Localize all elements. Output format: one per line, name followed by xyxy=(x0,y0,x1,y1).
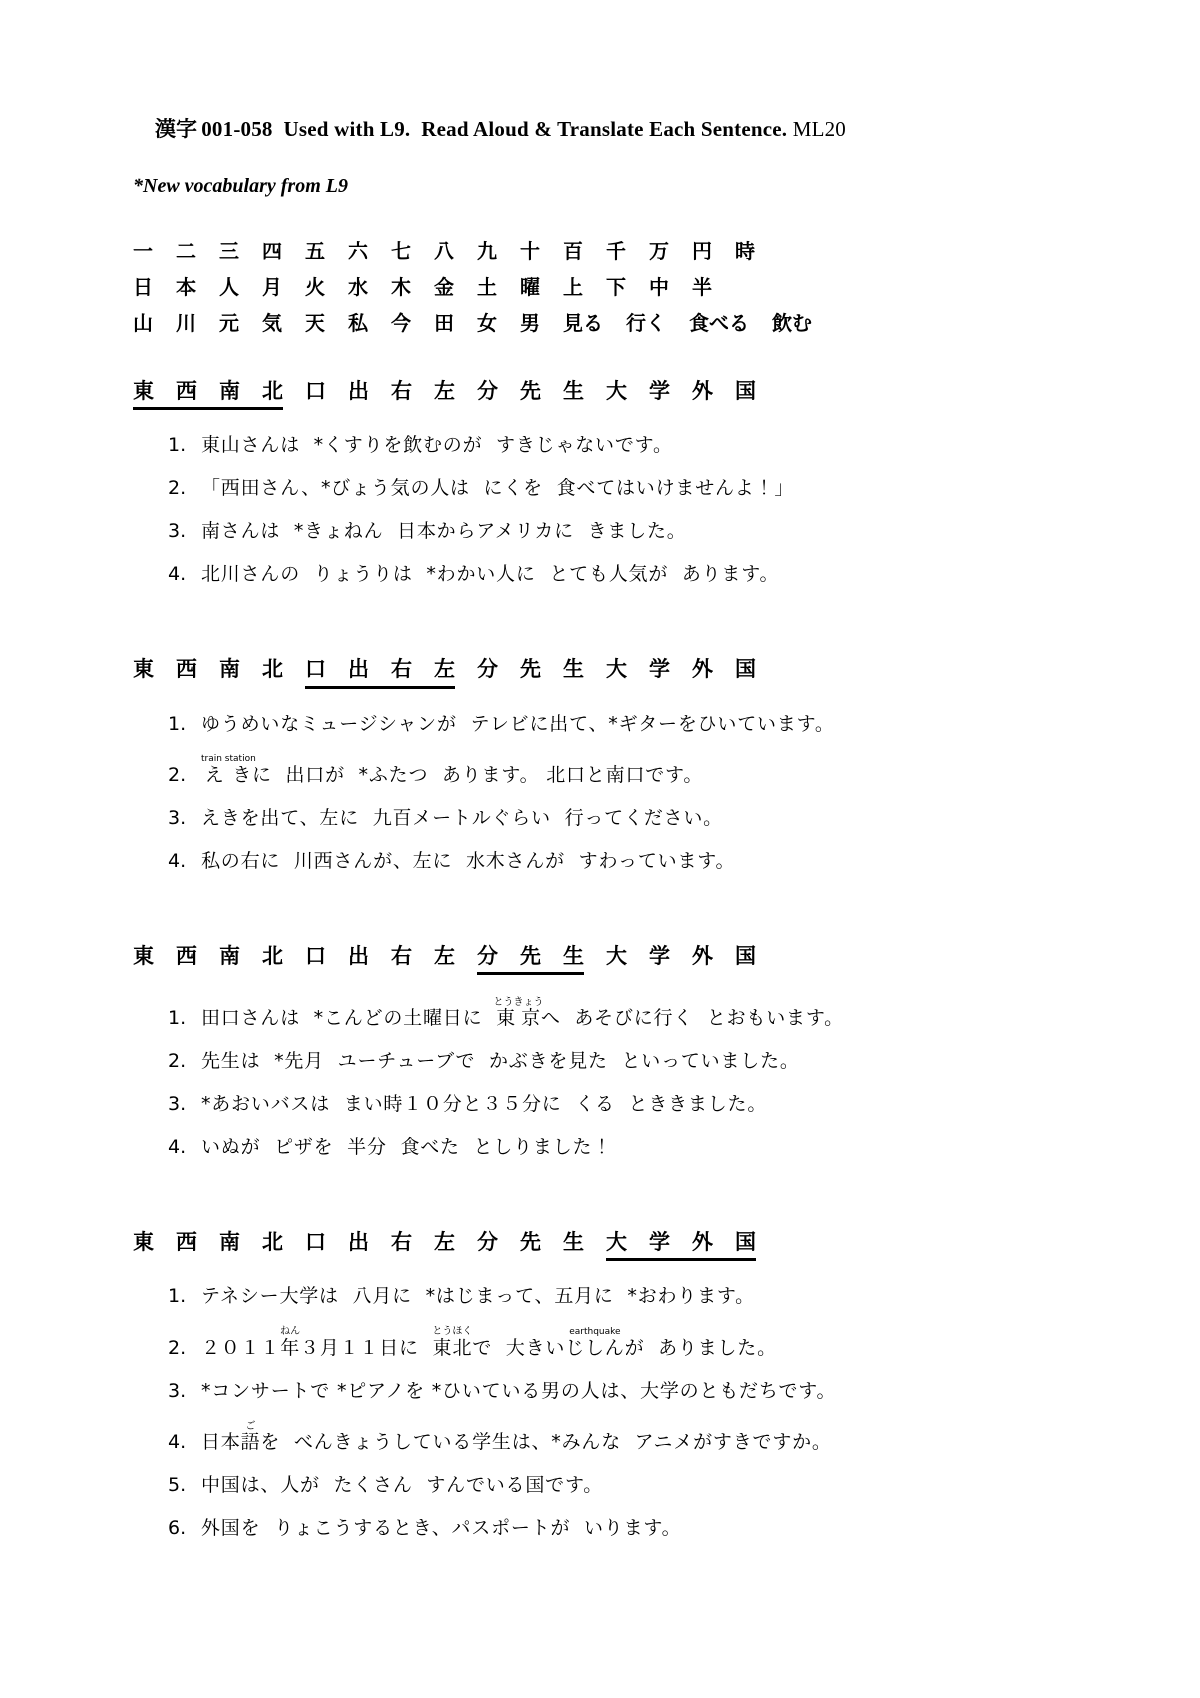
header-kanji: 先 xyxy=(520,656,541,688)
vocab-kanji: 九 xyxy=(477,238,497,264)
vocab-kanji: 天 xyxy=(305,310,325,336)
text-segment: ゆうめいなミュージシャンが テレビに出て、*ギターをひいています。 xyxy=(201,713,835,735)
header-kanji: 生 xyxy=(563,656,584,688)
text-segment: 外国を りょこうするとき、パスポートが いります。 xyxy=(201,1517,681,1539)
header-kanji: 国 xyxy=(735,1229,756,1256)
sentence-text: 東山さんは *くすりを飲むのが すきじゃないです。 xyxy=(201,434,673,456)
vocab-kanji: 六 xyxy=(348,238,368,264)
vocab-kanji: 千 xyxy=(606,238,626,264)
vocab-kanji: 水 xyxy=(348,274,368,300)
sentence: 1.東山さんは *くすりを飲むのが すきじゃないです。 xyxy=(168,432,1120,459)
sentence-list: 1.テネシー大学は 八月に *はじまって、五月に *おわります。2.２０１１年ね… xyxy=(133,1283,1120,1542)
sentence-text: いぬが ピザを 半分 食べた としりました！ xyxy=(201,1136,612,1158)
header-kanji: 西 xyxy=(176,1229,197,1261)
vocab-kanji: 三 xyxy=(219,238,239,264)
sentence-list: 1.田口さんは *こんどの土曜日に 東京とうきょうへ あそびに行く とおもいます… xyxy=(133,997,1120,1161)
sentence: 4.いぬが ピザを 半分 食べた としりました！ xyxy=(168,1134,1120,1161)
sentence-text: 南さんは *きょねん 日本からアメリカに きました。 xyxy=(201,520,687,542)
title-code: ML20 xyxy=(787,117,846,141)
text-segment: 私の右に 川西さんが、左に 水木さんが すわっています。 xyxy=(201,850,735,872)
header-kanji: 出 xyxy=(348,943,369,975)
sentence-number: 2. xyxy=(168,475,201,502)
text-segment: *コンサートで *ピアノを *ひいている男の人は、大学のともだちです。 xyxy=(201,1380,836,1402)
header-kanji: 生 xyxy=(563,1229,584,1261)
header-kanji: 口 xyxy=(305,378,326,410)
header-kanji: 右 xyxy=(391,656,412,683)
header-kanji: 分 xyxy=(477,378,498,410)
sentence-list: 1.ゆうめいなミュージシャンが テレビに出て、*ギターをひいています。2.えきt… xyxy=(133,711,1120,875)
vocab-kanji: 川 xyxy=(176,310,196,336)
header-kanji: 出 xyxy=(348,1229,369,1261)
vocab-kanji: 火 xyxy=(305,274,325,300)
text-segment: 北川さんの りょうりは *わかい人に とても人気が あります。 xyxy=(201,563,779,585)
header-kanji: 生 xyxy=(563,943,584,970)
header-kanji: 北 xyxy=(262,943,283,975)
sentence-number: 2. xyxy=(168,1335,201,1362)
sentence: 4.日本語ごを べんきょうしている学生は、*みんな アニメがすきですか。 xyxy=(168,1421,1120,1456)
subtitle-new-vocab-note: *New vocabulary from L9 xyxy=(133,175,1120,198)
vocab-kanji: 円 xyxy=(692,238,712,264)
sentence: 3.*あおいバスは まい時１０分と３５分に くる とききました。 xyxy=(168,1091,1120,1118)
vocab-kanji: 土 xyxy=(477,274,497,300)
section-3: 東西南北口出右左分先生大学外国1.田口さんは *こんどの土曜日に 東京とうきょう… xyxy=(133,943,1120,1161)
text-segment: *あおいバスは まい時１０分と３５分に くる とききました。 xyxy=(201,1093,767,1115)
header-kanji: 学 xyxy=(649,1229,670,1256)
header-kanji: 大 xyxy=(606,943,627,975)
text-segment: ３月１１日に xyxy=(300,1337,432,1359)
header-kanji: 分 xyxy=(477,656,498,688)
underlined-kanji-group: 口出右左 xyxy=(305,656,455,688)
header-kanji: 東 xyxy=(133,656,154,688)
text-segment: へ あそびに行く とおもいます。 xyxy=(541,1007,844,1029)
vocab-kanji: 行く xyxy=(626,310,666,336)
header-kanji: 大 xyxy=(606,656,627,688)
sentence-number: 4. xyxy=(168,561,201,588)
sentence-text: テネシー大学は 八月に *はじまって、五月に *おわります。 xyxy=(201,1285,755,1307)
exercise-sections: 東西南北口出右左分先生大学外国1.東山さんは *くすりを飲むのが すきじゃないで… xyxy=(133,378,1120,1542)
header-kanji: 左 xyxy=(434,378,455,410)
ruby-annotated-text: 語ご xyxy=(241,1431,261,1453)
vocab-kanji: 元 xyxy=(219,310,239,336)
ruby-annotated-text: えきtrain station xyxy=(201,764,252,786)
sentence-number: 1. xyxy=(168,711,201,738)
vocab-kanji: 田 xyxy=(434,310,454,336)
vocab-kanji: 下 xyxy=(606,274,626,300)
sentence-text: *コンサートで *ピアノを *ひいている男の人は、大学のともだちです。 xyxy=(201,1380,836,1402)
header-kanji: 右 xyxy=(391,1229,412,1261)
header-kanji: 西 xyxy=(176,378,197,405)
sentence: 3.*コンサートで *ピアノを *ひいている男の人は、大学のともだちです。 xyxy=(168,1378,1120,1405)
text-segment: 東山さんは *くすりを飲むのが すきじゃないです。 xyxy=(201,434,673,456)
header-kanji: 口 xyxy=(305,943,326,975)
sentence-text: ゆうめいなミュージシャンが テレビに出て、*ギターをひいています。 xyxy=(201,713,835,735)
section-2: 東西南北口出右左分先生大学外国1.ゆうめいなミュージシャンが テレビに出て、*ギ… xyxy=(133,656,1120,874)
header-kanji: 左 xyxy=(434,943,455,975)
vocab-kanji: 中 xyxy=(649,274,669,300)
header-kanji: 分 xyxy=(477,943,498,970)
sentence-number: 3. xyxy=(168,805,201,832)
kanji-group: 分先生大学外国 xyxy=(477,656,756,688)
sentence-number: 3. xyxy=(168,1378,201,1405)
header-kanji: 口 xyxy=(305,1229,326,1261)
page-title: 漢字001-058 Used with L9. Read Aloud & Tra… xyxy=(133,88,1120,168)
sentence-number: 4. xyxy=(168,1134,201,1161)
kanji-group: 東西南北口出右左分先生 xyxy=(133,1229,584,1261)
header-kanji: 左 xyxy=(434,656,455,683)
sentence-text: 外国を りょこうするとき、パスポートが いります。 xyxy=(201,1517,681,1539)
header-kanji: 出 xyxy=(348,378,369,410)
header-kanji: 西 xyxy=(176,943,197,975)
vocab-row: 日本人月火水木金土曜上下中半 xyxy=(133,274,1120,300)
sentence-text: 私の右に 川西さんが、左に 水木さんが すわっています。 xyxy=(201,850,735,872)
vocab-kanji: 時 xyxy=(735,238,755,264)
worksheet-page: 漢字001-058 Used with L9. Read Aloud & Tra… xyxy=(0,0,1200,1698)
header-kanji: 先 xyxy=(520,378,541,410)
header-kanji: 左 xyxy=(434,1229,455,1261)
vocab-kanji: 上 xyxy=(563,274,583,300)
vocab-kanji-rows: 一二三四五六七八九十百千万円時日本人月火水木金土曜上下中半山川元気天私今田女男見… xyxy=(133,238,1120,336)
sentence-text: 日本語ごを べんきょうしている学生は、*みんな アニメがすきですか。 xyxy=(201,1431,832,1453)
sentence-number: 4. xyxy=(168,1429,201,1456)
vocab-row: 山川元気天私今田女男見る行く食べる飲む xyxy=(133,310,1120,336)
sentence-number: 6. xyxy=(168,1515,201,1542)
header-kanji: 国 xyxy=(735,378,756,410)
header-kanji: 西 xyxy=(176,656,197,688)
text-segment: 中国は、人が たくさん すんでいる国です。 xyxy=(201,1474,603,1496)
header-kanji: 外 xyxy=(692,378,713,410)
vocab-row: 一二三四五六七八九十百千万円時 xyxy=(133,238,1120,264)
sentence-text: 先生は *先月 ユーチューブで かぶきを見た といっていました。 xyxy=(201,1050,800,1072)
text-segment: 南さんは *きょねん 日本からアメリカに きました。 xyxy=(201,520,687,542)
kanji-header-row: 東西南北口出右左分先生大学外国 xyxy=(133,378,1120,410)
vocab-kanji: 八 xyxy=(434,238,454,264)
header-kanji: 学 xyxy=(649,378,670,410)
text-segment: 「西田さん、*びょう気の人は にくを 食べてはいけませんよ！」 xyxy=(201,477,794,499)
sentence-text: *あおいバスは まい時１０分と３５分に くる とききました。 xyxy=(201,1093,767,1115)
text-segment: えきを出て、左に 九百メートルぐらい 行ってください。 xyxy=(201,807,723,829)
underlined-kanji-group: 分先生 xyxy=(477,943,584,975)
header-kanji: 大 xyxy=(606,1229,627,1256)
sentence: 3.南さんは *きょねん 日本からアメリカに きました。 xyxy=(168,518,1120,545)
sentence: 2.「西田さん、*びょう気の人は にくを 食べてはいけませんよ！」 xyxy=(168,475,1120,502)
sentence-number: 3. xyxy=(168,518,201,545)
sentence: 1.田口さんは *こんどの土曜日に 東京とうきょうへ あそびに行く とおもいます… xyxy=(168,997,1120,1032)
vocab-kanji: 五 xyxy=(305,238,325,264)
header-kanji: 北 xyxy=(262,378,283,405)
header-kanji: 外 xyxy=(692,943,713,975)
header-kanji: 外 xyxy=(692,656,713,688)
ruby-annotated-text: 東北とうほく xyxy=(433,1337,473,1359)
vocab-kanji: 私 xyxy=(348,310,368,336)
underlined-kanji-group: 東西南北 xyxy=(133,378,283,410)
section-4: 東西南北口出右左分先生大学外国1.テネシー大学は 八月に *はじまって、五月に … xyxy=(133,1229,1120,1542)
text-segment: を べんきょうしている学生は、*みんな アニメがすきですか。 xyxy=(260,1431,831,1453)
ruby-annotated-text: 東京とうきょう xyxy=(496,1007,541,1029)
header-kanji: 南 xyxy=(219,1229,240,1261)
header-kanji: 北 xyxy=(262,1229,283,1261)
header-kanji: 生 xyxy=(563,378,584,410)
vocab-kanji: 半 xyxy=(692,274,712,300)
ruby-annotated-text: 年ねん xyxy=(280,1337,300,1359)
sentence: 2.２０１１年ねん３月１１日に 東北とうほくで 大きいじしんearthquake… xyxy=(168,1326,1120,1362)
sentence: 1.ゆうめいなミュージシャンが テレビに出て、*ギターをひいています。 xyxy=(168,711,1120,738)
vocab-kanji: 一 xyxy=(133,238,153,264)
vocab-kanji: 山 xyxy=(133,310,153,336)
sentence-number: 2. xyxy=(168,1048,201,1075)
vocab-kanji: 万 xyxy=(649,238,669,264)
sentence-number: 1. xyxy=(168,432,201,459)
section-1: 東西南北口出右左分先生大学外国1.東山さんは *くすりを飲むのが すきじゃないで… xyxy=(133,378,1120,588)
header-kanji: 分 xyxy=(477,1229,498,1261)
sentence: 2.先生は *先月 ユーチューブで かぶきを見た といっていました。 xyxy=(168,1048,1120,1075)
header-kanji: 南 xyxy=(219,943,240,975)
sentence-number: 1. xyxy=(168,1283,201,1310)
ruby-annotated-text: じしんearthquake xyxy=(565,1337,624,1359)
sentence-text: 北川さんの りょうりは *わかい人に とても人気が あります。 xyxy=(201,563,779,585)
header-kanji: 東 xyxy=(133,943,154,975)
sentence-number: 2. xyxy=(168,762,201,789)
header-kanji: 学 xyxy=(649,943,670,975)
sentence: 4.私の右に 川西さんが、左に 水木さんが すわっています。 xyxy=(168,848,1120,875)
kanji-header-row: 東西南北口出右左分先生大学外国 xyxy=(133,943,1120,975)
sentence-text: ２０１１年ねん３月１１日に 東北とうほくで 大きいじしんearthquakeが … xyxy=(201,1337,777,1359)
vocab-kanji: 女 xyxy=(477,310,497,336)
sentence-number: 3. xyxy=(168,1091,201,1118)
sentence-text: 田口さんは *こんどの土曜日に 東京とうきょうへ あそびに行く とおもいます。 xyxy=(201,1007,844,1029)
vocab-kanji: 気 xyxy=(262,310,282,336)
title-kanji-label: 漢字 xyxy=(155,117,197,141)
sentence-text: えきtrain stationに 出口が *ふたつ あります。 北口と南口です。 xyxy=(201,764,703,786)
sentence: 5.中国は、人が たくさん すんでいる国です。 xyxy=(168,1472,1120,1499)
sentence: 2.えきtrain stationに 出口が *ふたつ あります。 北口と南口で… xyxy=(168,754,1120,789)
header-kanji: 先 xyxy=(520,1229,541,1261)
sentence: 3.えきを出て、左に 九百メートルぐらい 行ってください。 xyxy=(168,805,1120,832)
vocab-kanji: 見る xyxy=(563,310,603,336)
vocab-kanji: 本 xyxy=(176,274,196,300)
vocab-kanji: 曜 xyxy=(520,274,540,300)
sentence-number: 4. xyxy=(168,848,201,875)
sentence-number: 5. xyxy=(168,1472,201,1499)
text-segment: で 大きい xyxy=(472,1337,565,1359)
sentence-text: 「西田さん、*びょう気の人は にくを 食べてはいけませんよ！」 xyxy=(201,477,794,499)
sentence-number: 1. xyxy=(168,1005,201,1032)
text-segment: ２０１１ xyxy=(201,1337,280,1359)
header-kanji: 外 xyxy=(692,1229,713,1256)
header-kanji: 東 xyxy=(133,1229,154,1261)
text-segment: が ありました。 xyxy=(625,1337,777,1359)
kanji-group: 東西南北口出右左 xyxy=(133,943,455,975)
text-segment: 日本 xyxy=(201,1431,241,1453)
header-kanji: 出 xyxy=(348,656,369,683)
vocab-kanji: 金 xyxy=(434,274,454,300)
text-segment: 先生は *先月 ユーチューブで かぶきを見た といっていました。 xyxy=(201,1050,800,1072)
sentence: 6.外国を りょこうするとき、パスポートが いります。 xyxy=(168,1515,1120,1542)
sentence: 4.北川さんの りょうりは *わかい人に とても人気が あります。 xyxy=(168,561,1120,588)
vocab-kanji: 十 xyxy=(520,238,540,264)
kanji-header-row: 東西南北口出右左分先生大学外国 xyxy=(133,1229,1120,1261)
vocab-kanji: 百 xyxy=(563,238,583,264)
header-kanji: 北 xyxy=(262,656,283,688)
vocab-kanji: 今 xyxy=(391,310,411,336)
header-kanji: 南 xyxy=(219,656,240,688)
header-kanji: 右 xyxy=(391,378,412,410)
sentence-text: 中国は、人が たくさん すんでいる国です。 xyxy=(201,1474,603,1496)
vocab-kanji: 四 xyxy=(262,238,282,264)
kanji-header-row: 東西南北口出右左分先生大学外国 xyxy=(133,656,1120,688)
header-kanji: 東 xyxy=(133,378,154,405)
vocab-kanji: 人 xyxy=(219,274,239,300)
vocab-kanji: 食べる xyxy=(689,310,749,336)
header-kanji: 国 xyxy=(735,656,756,688)
header-kanji: 大 xyxy=(606,378,627,410)
header-kanji: 国 xyxy=(735,943,756,975)
vocab-kanji: 月 xyxy=(262,274,282,300)
vocab-kanji: 二 xyxy=(176,238,196,264)
text-segment: 田口さんは *こんどの土曜日に xyxy=(201,1007,496,1029)
vocab-kanji: 日 xyxy=(133,274,153,300)
vocab-kanji: 飲む xyxy=(772,310,812,336)
sentence-text: えきを出て、左に 九百メートルぐらい 行ってください。 xyxy=(201,807,723,829)
header-kanji: 学 xyxy=(649,656,670,688)
text-segment: に 出口が *ふたつ あります。 北口と南口です。 xyxy=(252,764,703,786)
vocab-kanji: 七 xyxy=(391,238,411,264)
kanji-group: 大学外国 xyxy=(606,943,756,975)
kanji-group: 口出右左分先生大学外国 xyxy=(305,378,756,410)
header-kanji: 右 xyxy=(391,943,412,975)
vocab-kanji: 男 xyxy=(520,310,540,336)
vocab-kanji: 木 xyxy=(391,274,411,300)
text-segment: テネシー大学は 八月に *はじまって、五月に *おわります。 xyxy=(201,1285,755,1307)
kanji-group: 東西南北 xyxy=(133,656,283,688)
header-kanji: 先 xyxy=(520,943,541,970)
sentence: 1.テネシー大学は 八月に *はじまって、五月に *おわります。 xyxy=(168,1283,1120,1310)
text-segment: いぬが ピザを 半分 食べた としりました！ xyxy=(201,1136,612,1158)
title-main-text: 001-058 Used with L9. Read Aloud & Trans… xyxy=(201,117,787,141)
header-kanji: 口 xyxy=(305,656,326,683)
header-kanji: 南 xyxy=(219,378,240,405)
sentence-list: 1.東山さんは *くすりを飲むのが すきじゃないです。2.「西田さん、*びょう気… xyxy=(133,432,1120,588)
underlined-kanji-group: 大学外国 xyxy=(606,1229,756,1261)
